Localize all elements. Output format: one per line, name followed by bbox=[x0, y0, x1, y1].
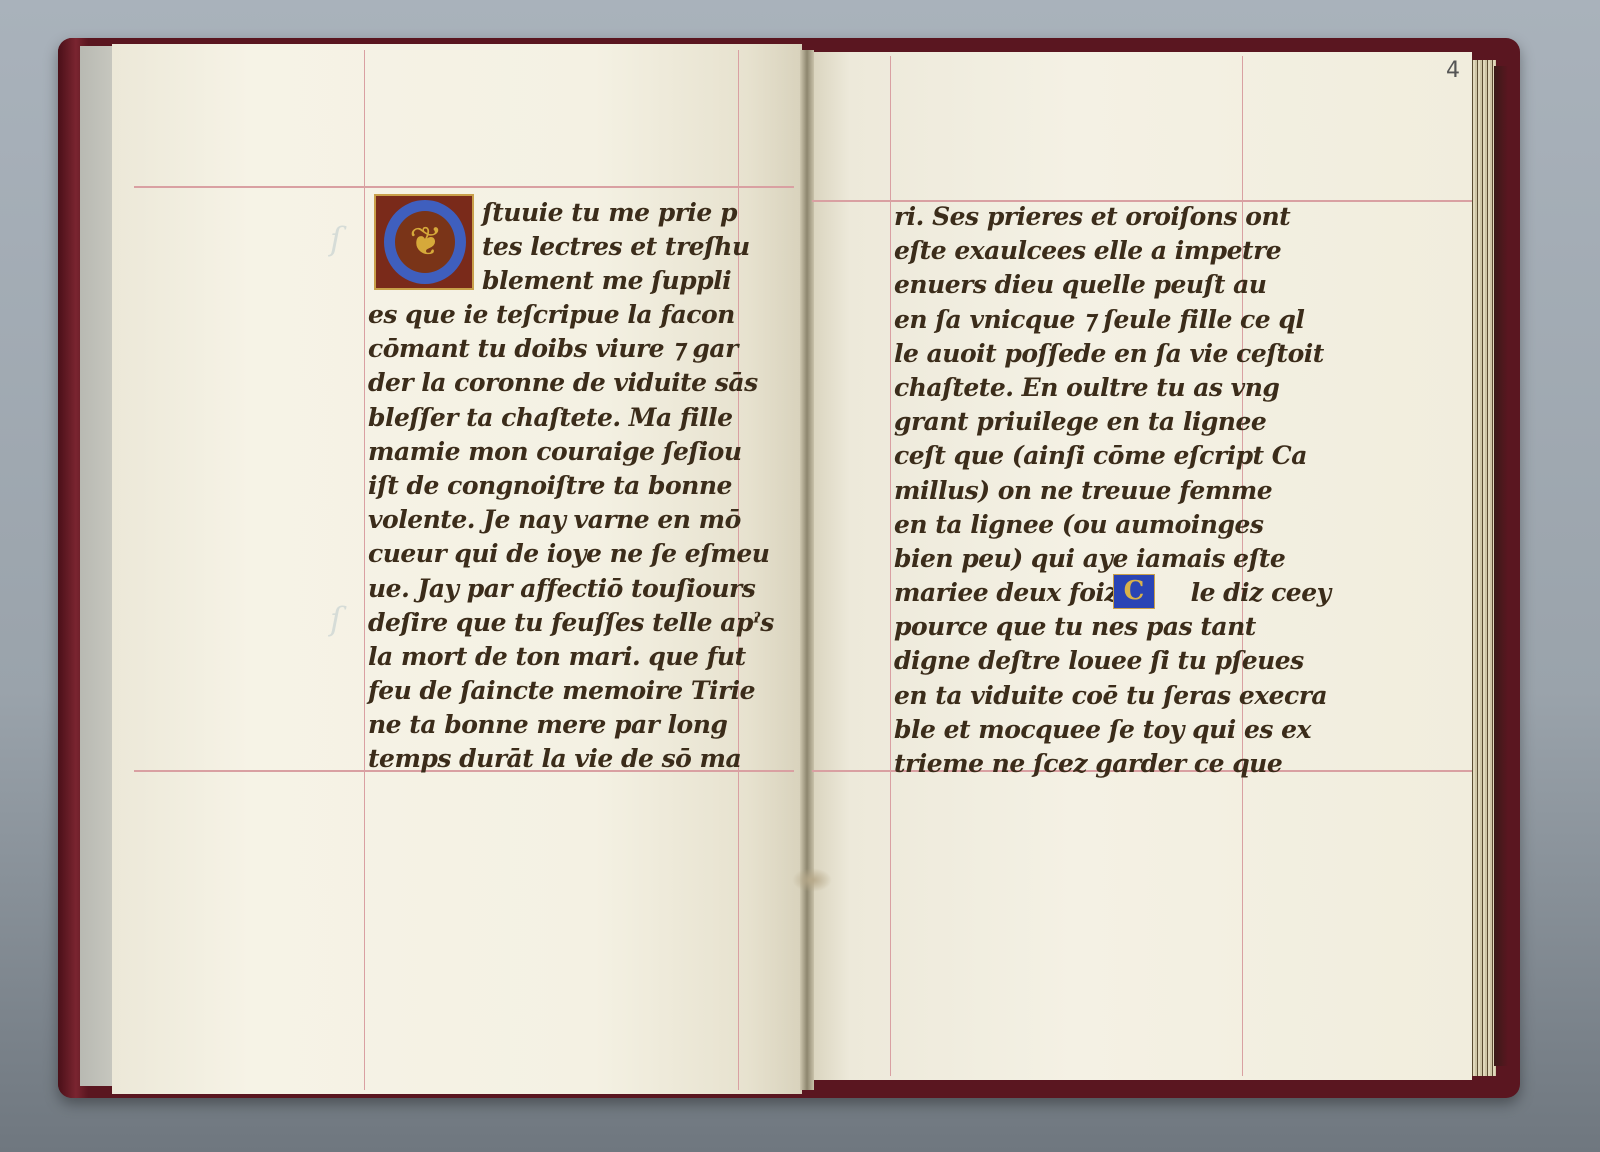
text-line: der la coronne de viduite sās bbox=[368, 366, 774, 400]
text-line: deſire que tu feuſſes telle apˀs bbox=[368, 606, 774, 640]
fore-edge-leaves bbox=[1470, 60, 1496, 1076]
text-line: eſte exaulcees elle a impetre bbox=[894, 234, 1331, 268]
text-line: cueur qui de ioye ne ſe eſmeu bbox=[368, 537, 774, 571]
text-line: blement me ſuppli bbox=[482, 264, 750, 298]
text-line: tes lectres et treſhu bbox=[482, 230, 750, 264]
ruling-line bbox=[364, 50, 365, 1090]
text-line: digne deſtre louee ſi tu pſeues bbox=[894, 644, 1331, 678]
text-line: bien peu) qui aye iamais eſte bbox=[894, 542, 1331, 576]
text-line: le auoit poſſede en ſa vie ceſtoit bbox=[894, 337, 1331, 371]
illuminated-initial: ❦ bbox=[374, 194, 474, 290]
text-line: volente. Je nay varne en mō bbox=[368, 503, 774, 537]
text-line: en ſa vnicque ⁊ ſeule fille ce ql bbox=[894, 303, 1331, 337]
text-line: temps durāt la vie de sō ma bbox=[368, 742, 774, 776]
text-line: enuers dieu quelle peuſt au bbox=[894, 268, 1331, 302]
text-line: es que ie teſcripue la facon bbox=[368, 298, 774, 332]
text-line: bleſſer ta chaſtete. Ma fille bbox=[368, 401, 774, 435]
text-line: ue. Jay par affectiō touſiours bbox=[368, 572, 774, 606]
text-line: millus) on ne treuue femme bbox=[894, 474, 1331, 508]
text-line: feu de ſaincte memoire Tirie bbox=[368, 674, 774, 708]
left-text-first-lines: ſtuuie tu me prie p tes lectres et treſh… bbox=[482, 196, 750, 299]
folio-number: 4 bbox=[1446, 58, 1460, 83]
text-line: la mort de ton mari. que fut bbox=[368, 640, 774, 674]
text-segment: le diz ceey bbox=[1191, 578, 1331, 607]
text-line: ri. Ses prieres et oroiſons ont bbox=[894, 200, 1331, 234]
text-line: en ta lignee (ou aumoinges bbox=[894, 508, 1331, 542]
left-text-body: es que ie teſcripue la facon cōmant tu d… bbox=[368, 298, 774, 777]
text-line: iſt de congnoiſtre ta bonne bbox=[368, 469, 774, 503]
text-line: en ta viduite coē tu ſeras execra bbox=[894, 679, 1331, 713]
floral-motif-icon: ❦ bbox=[406, 216, 446, 268]
text-line: chaſtete. En oultre tu as vng bbox=[894, 371, 1331, 405]
text-line: ne ta bonne mere par long bbox=[368, 708, 774, 742]
back-cover-edge bbox=[1494, 66, 1508, 1066]
ruling-line bbox=[134, 186, 794, 188]
stain bbox=[792, 868, 832, 892]
text-line: ceſt que (ainſi cōme eſcript Ca bbox=[894, 439, 1331, 473]
inline-blue-initial: C bbox=[1113, 574, 1155, 609]
text-line: cōmant tu doibs viure ⁊ gar bbox=[368, 332, 774, 366]
ruling-line bbox=[890, 56, 891, 1076]
show-through: ſ bbox=[330, 220, 342, 258]
show-through: ſ bbox=[330, 600, 342, 638]
right-text-body: ri. Ses prieres et oroiſons ont eſte exa… bbox=[894, 200, 1331, 781]
text-line: trieme ne ſcez garder ce que bbox=[894, 747, 1331, 781]
text-line: grant priuilege en ta lignee bbox=[894, 405, 1331, 439]
text-line: pource que tu nes pas tant bbox=[894, 610, 1331, 644]
text-line: ble et mocquee ſe toy qui es ex bbox=[894, 713, 1331, 747]
gutter bbox=[800, 50, 814, 1090]
text-line: ſtuuie tu me prie p bbox=[482, 196, 750, 230]
text-line: mamie mon couraige ſeſiou bbox=[368, 435, 774, 469]
text-segment: mariee deux foiz bbox=[894, 578, 1118, 607]
